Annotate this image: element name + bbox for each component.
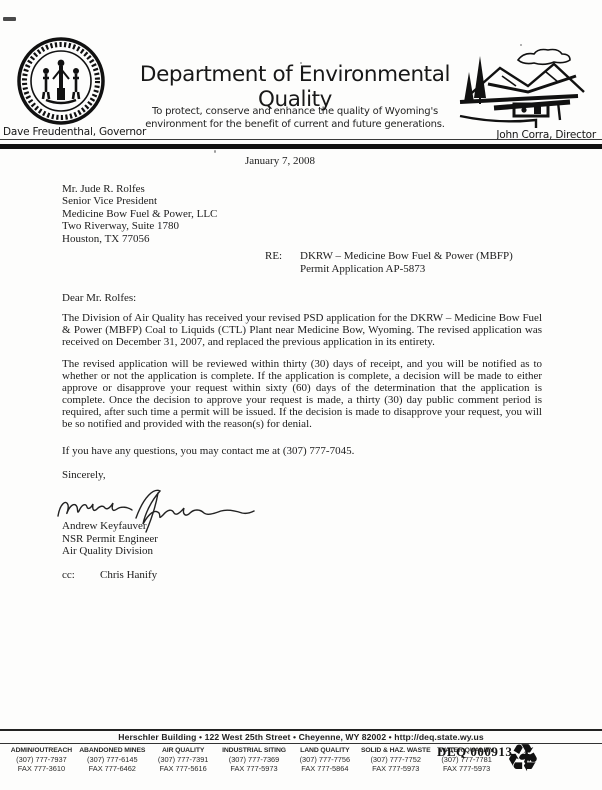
agency-title: Department of Environmental Quality bbox=[130, 62, 460, 112]
re-subject-line2: Permit Application AP-5873 bbox=[300, 263, 425, 276]
paragraph-2: The revised application will be reviewed… bbox=[62, 359, 542, 430]
cc-line: cc: Chris Hanify bbox=[62, 570, 157, 582]
dept-phone: (307) 777-7369 bbox=[219, 755, 290, 764]
agency-tagline: To protect, conserve and enhance the qua… bbox=[135, 106, 455, 131]
footer-column-admin: ADMIN/OUTREACH (307) 777-7937 FAX 777-36… bbox=[6, 747, 77, 773]
dept-fax: FAX 777-5973 bbox=[360, 764, 431, 773]
dept-phone: (307) 777-7756 bbox=[289, 755, 360, 764]
dept-name: AIR QUALITY bbox=[148, 747, 219, 754]
recipient-title: Senior Vice President bbox=[62, 195, 217, 207]
bates-stamp: DEQ 000913 bbox=[437, 744, 512, 760]
signer-title: NSR Permit Engineer bbox=[62, 533, 158, 546]
wyoming-state-seal-icon bbox=[16, 36, 106, 131]
footer-column-industrial-siting: INDUSTRIAL SITING (307) 777-7369 FAX 777… bbox=[219, 747, 290, 773]
mountain-landscape-illustration bbox=[458, 46, 592, 135]
signer-division: Air Quality Division bbox=[62, 545, 158, 558]
dept-phone: (307) 777-7391 bbox=[148, 755, 219, 764]
scan-speck bbox=[214, 150, 216, 153]
footer-column-land-quality: LAND QUALITY (307) 777-7756 FAX 777-5864 bbox=[289, 747, 360, 773]
dept-fax: FAX 777-5864 bbox=[289, 764, 360, 773]
dept-phone: (307) 777-7752 bbox=[360, 755, 431, 764]
recipient-address-block: Mr. Jude R. Rolfes Senior Vice President… bbox=[62, 183, 217, 245]
cc-name: Chris Hanify bbox=[100, 570, 157, 582]
footer-column-solid-haz-waste: SOLID & HAZ. WASTE (307) 777-7752 FAX 77… bbox=[360, 747, 431, 773]
scanned-letter-page: Department of Environmental Quality To p… bbox=[0, 0, 602, 790]
cc-label: cc: bbox=[62, 570, 100, 582]
signature-block: Andrew Keyfauver NSR Permit Engineer Air… bbox=[62, 520, 158, 558]
dept-name: INDUSTRIAL SITING bbox=[219, 747, 290, 754]
governor-name: Dave Freudenthal, Governor bbox=[3, 126, 146, 138]
dept-name: ADMIN/OUTREACH bbox=[6, 747, 77, 754]
dept-phone: (307) 777-7937 bbox=[6, 755, 77, 764]
letter-date: January 7, 2008 bbox=[245, 156, 315, 168]
letterhead-divider-thick bbox=[0, 144, 602, 149]
recipient-company: Medicine Bow Fuel & Power, LLC bbox=[62, 208, 217, 220]
footer-divider-top bbox=[0, 729, 602, 731]
dept-phone: (307) 777-6145 bbox=[77, 755, 148, 764]
dept-fax: FAX 777-5973 bbox=[219, 764, 290, 773]
dept-fax: FAX 777-3610 bbox=[6, 764, 77, 773]
recipient-name: Mr. Jude R. Rolfes bbox=[62, 183, 217, 195]
recycle-bucking-horse-icon: ♻ bbox=[506, 737, 548, 779]
tagline-line2: environment for the benefit of current a… bbox=[135, 119, 455, 132]
re-subject-block: RE: DKRW – Medicine Bow Fuel & Power (MB… bbox=[265, 250, 513, 275]
paragraph-3: If you have any questions, you may conta… bbox=[62, 446, 542, 458]
footer-column-abandoned-mines: ABANDONED MINES (307) 777-6145 FAX 777-6… bbox=[77, 747, 148, 773]
scan-artifact-mark bbox=[3, 17, 16, 21]
dept-name: LAND QUALITY bbox=[289, 747, 360, 754]
closing: Sincerely, bbox=[62, 470, 106, 482]
signer-name: Andrew Keyfauver bbox=[62, 520, 158, 533]
dept-fax: FAX 777-5973 bbox=[431, 764, 502, 773]
re-subject-line1: DKRW – Medicine Bow Fuel & Power (MBFP) bbox=[300, 250, 513, 263]
recipient-city: Houston, TX 77056 bbox=[62, 233, 217, 245]
bucking-horse-icon bbox=[516, 746, 538, 766]
dept-name: ABANDONED MINES bbox=[77, 747, 148, 754]
footer-column-air-quality: AIR QUALITY (307) 777-7391 FAX 777-5616 bbox=[148, 747, 219, 773]
recipient-street: Two Riverway, Suite 1780 bbox=[62, 220, 217, 232]
dept-name: SOLID & HAZ. WASTE bbox=[360, 747, 431, 754]
letterhead-divider-thin bbox=[0, 139, 602, 140]
dept-fax: FAX 777-5616 bbox=[148, 764, 219, 773]
paragraph-1: The Division of Air Quality has received… bbox=[62, 313, 542, 349]
tagline-line1: To protect, conserve and enhance the qua… bbox=[135, 106, 455, 119]
footer-department-directory: ADMIN/OUTREACH (307) 777-7937 FAX 777-36… bbox=[6, 747, 502, 773]
re-label: RE: bbox=[265, 250, 300, 263]
dept-fax: FAX 777-6462 bbox=[77, 764, 148, 773]
salutation: Dear Mr. Rolfes: bbox=[62, 293, 136, 305]
